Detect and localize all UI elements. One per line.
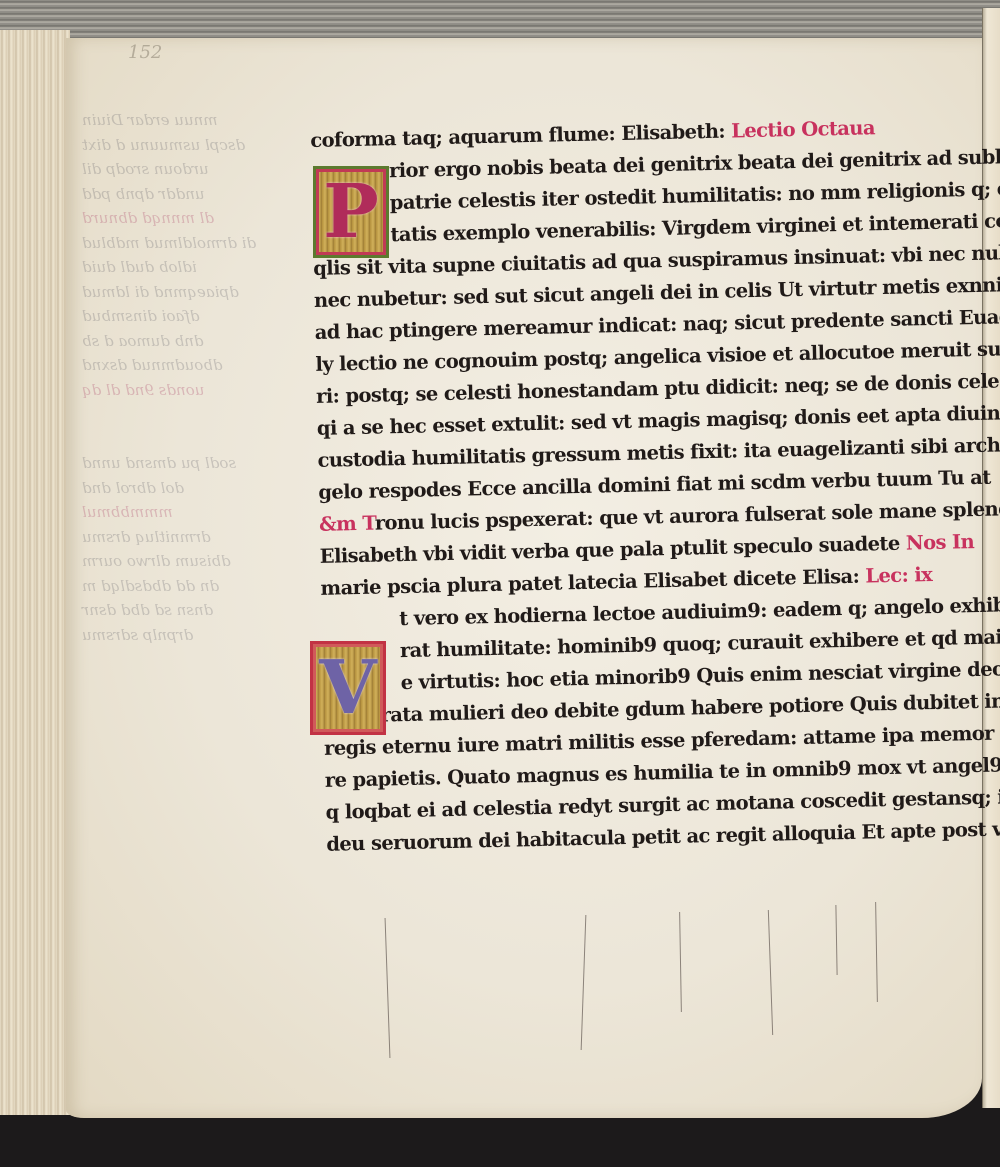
bleed-line: drmnitluq drsmu xyxy=(82,525,312,550)
bleed-line: dboudmnud dsxnd xyxy=(82,353,312,378)
bleed-line: dscpl usmuunu d dixt xyxy=(82,133,312,158)
bleed-line: dbisum dlrwo ourm xyxy=(82,549,312,574)
bleed-line: dnsn sd dbd dsnr xyxy=(82,598,312,623)
rubric-lectio-octava: Lectio Octaua xyxy=(731,116,875,142)
bleed-line: urdoun srodp dil xyxy=(82,157,312,182)
rubric-em: &m xyxy=(319,512,357,536)
bleed-line: di drmoldlmud mdblud xyxy=(82,231,312,256)
bleed-line: unddr dpnb pdd xyxy=(82,182,312,207)
illuminated-initial-v: V xyxy=(310,641,386,735)
bleed-line xyxy=(82,402,312,427)
bleed-line: dfaoi dinsmbud xyxy=(82,304,312,329)
bleed-line: mnuu erdar Diuin xyxy=(82,108,312,133)
bleed-line: dol dbrol dnd xyxy=(82,476,312,501)
rubric-nos-in: Nos In xyxy=(906,530,975,555)
initial-letter-p: P xyxy=(323,175,379,249)
initial-letter-v: V xyxy=(319,651,376,725)
bleed-line: sodl pu dmsnd unnd xyxy=(82,451,312,476)
bleed-line: dpiaeqmnd di ldmud xyxy=(82,280,312,305)
rubric-lectio-ix: Lec: ix xyxy=(865,563,932,588)
bleed-through-text: mnuu erdar Diuin dscpl usmuunu d dixt ur… xyxy=(82,108,312,647)
manuscript-text-block: coforma taq; aquarum flume: Elisabeth: L… xyxy=(310,110,977,861)
rubric-initial-t: T xyxy=(362,512,375,535)
bleed-line: drpnlp sdrsmu xyxy=(82,623,312,648)
bleed-line: uonds 9nd dl dq xyxy=(82,378,312,403)
bleed-line xyxy=(82,427,312,452)
bleed-line: idlob dudl duid xyxy=(82,255,312,280)
bleed-line: dn dd dbdsdlqd m xyxy=(82,574,312,599)
illuminated-initial-p: P xyxy=(313,166,389,258)
bleed-line: dl mnnqd dbnurd xyxy=(82,206,312,231)
folio-number: 152 xyxy=(128,42,162,63)
bleed-line: dnb dumoa d sb xyxy=(82,329,312,354)
bleed-line: mmmbbmul xyxy=(82,500,312,525)
page-stack-left xyxy=(0,30,70,1115)
